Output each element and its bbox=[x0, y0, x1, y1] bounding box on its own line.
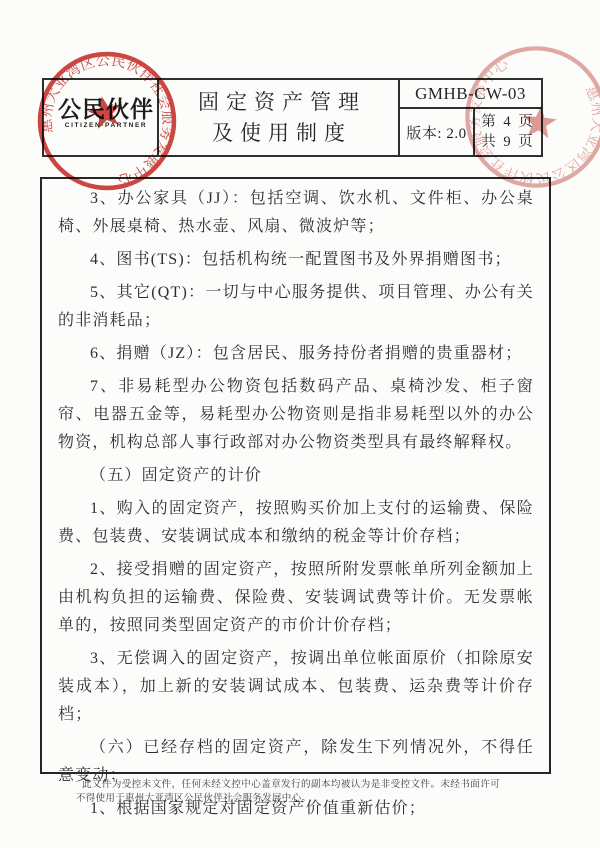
paragraph: 2、接受捐赠的固定资产，按照所附发票帐单所列金额加上由机构负担的运输费、保险费、… bbox=[58, 556, 534, 640]
title-line-1: 固定资产管理 bbox=[191, 87, 366, 118]
section-heading: （五）固定资产的计价 bbox=[58, 462, 534, 490]
paragraph: 3、无偿调入的固定资产，按调出单位帐面原价（扣除原安装成本），加上新的安装调试成… bbox=[58, 645, 534, 729]
paragraph: 6、捐赠（JZ）：包含居民、服务持份者捐赠的贵重器材； bbox=[58, 340, 534, 368]
document-page: 固定资产管理 及使用制度 GMHB-CW-03 版本: 2.0 第 4 页 共 … bbox=[0, 0, 600, 848]
paragraph: 7、非易耗型办公物资包括数码产品、桌椅沙发、柜子窗帘、电器五金等，易耗型办公物资… bbox=[58, 373, 534, 457]
paragraph: 3、办公家具（JJ）：包括空调、饮水机、文件柜、办公桌椅、外展桌椅、热水壶、风扇… bbox=[58, 185, 534, 241]
paragraph: 4、图书(TS)：包括机构统一配置图书及外界捐赠图书； bbox=[58, 246, 534, 274]
document-title: 固定资产管理 及使用制度 bbox=[157, 80, 398, 155]
document-body: 3、办公家具（JJ）：包括空调、饮水机、文件柜、办公桌椅、外展桌椅、热水壶、风扇… bbox=[40, 177, 551, 774]
star-icon bbox=[518, 102, 563, 146]
seal-ring-text-holder: 惠州大亚湾区公民伙伴社会服务发展中心 bbox=[25, 40, 188, 202]
org-seal-stamp: 惠州大亚湾区公民伙伴社会服务发展中心 bbox=[23, 37, 191, 205]
star-icon bbox=[86, 93, 125, 130]
paragraph: 1、购入的固定资产，按照购买价加上支付的运输费、保险费、包装费、安装调试成本和缴… bbox=[58, 495, 534, 551]
title-line-2: 及使用制度 bbox=[205, 118, 352, 149]
footer-note: 此文件为受控未文件，任何未经文控中心盖章发行的副本均被认为是非受控文件。未经书面… bbox=[76, 778, 500, 806]
paragraph: 5、其它(QT)：一切与中心服务提供、项目管理、办公有关的非消耗品； bbox=[58, 279, 534, 335]
seal-ring-text: 惠州大亚湾区公民伙伴社会服务发展中心 bbox=[25, 40, 188, 202]
